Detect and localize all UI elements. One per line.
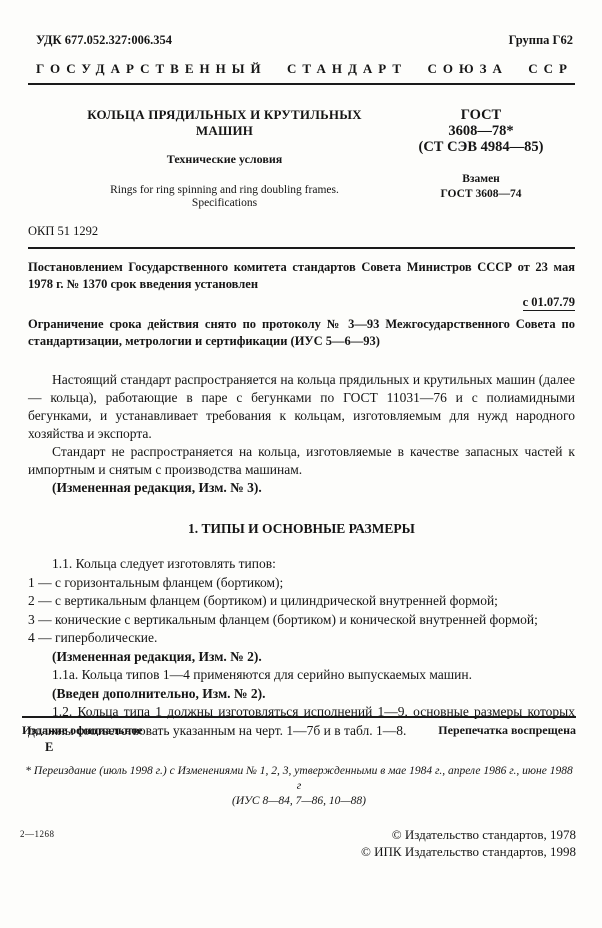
reissue-footnote: * Переиздание (июль 1998 г.) с Изменения… [22, 764, 576, 809]
title-column: КОЛЬЦА ПРЯДИЛЬНЫХ И КРУТИЛЬНЫХ МАШИН Тех… [62, 107, 387, 209]
scope-paragraph-1: Настоящий стандарт распространяется на к… [28, 371, 575, 443]
standard-title-en: Rings for ring spinning and ring doublin… [62, 184, 387, 196]
gost-designation-line3: (СТ СЭВ 4984—85) [387, 139, 575, 155]
effective-date: с 01.07.79 [523, 295, 575, 311]
copyright-line-1998: © ИПК Издательство стандартов, 1998 [22, 843, 576, 860]
page-content: УДК 677.052.327:006.354 Группа Г62 ГОСУД… [0, 0, 602, 740]
scope-section: Настоящий стандарт распространяется на к… [28, 371, 575, 497]
standard-title: КОЛЬЦА ПРЯДИЛЬНЫХ И КРУТИЛЬНЫХ МАШИН [62, 107, 387, 139]
introduced-note: (Введен дополнительно, Изм. № 2). [28, 685, 575, 704]
copyright-block: © Издательство стандартов, 1978 © ИПК Из… [22, 826, 576, 860]
scope-paragraph-2: Стандарт не распространяется на кольца, … [28, 443, 575, 479]
gost-designation-line1: ГОСТ [387, 107, 575, 123]
standard-subtitle: Технические условия [62, 152, 387, 167]
letterhead-word: СТАНДАРТ [287, 61, 407, 77]
header-rule [28, 83, 575, 85]
type-item-2: 2 — с вертикальным фланцем (бортиком) и … [28, 592, 575, 611]
replaces-number: ГОСТ 3608—74 [387, 187, 575, 202]
gost-designation: ГОСТ 3608—78* (СТ СЭВ 4984—85) [387, 107, 575, 155]
footer-rule [22, 716, 576, 718]
official-edition-label: Издание официальное [22, 723, 143, 738]
udk-number: УДК 677.052.327:006.354 [36, 33, 172, 48]
print-order-code: 2—1268 [20, 829, 55, 839]
designation-column: ГОСТ 3608—78* (СТ СЭВ 4984—85) Взамен ГО… [387, 107, 575, 209]
state-standard-letterhead: ГОСУДАРСТВЕННЫЙ СТАНДАРТ СОЮЗА ССР [36, 61, 573, 77]
limitation-paragraph: Ограничение срока действия снято по прот… [28, 316, 575, 350]
reissue-footnote-line2: (ИУС 8—84, 7—86, 10—88) [22, 794, 576, 809]
document-page: УДК 677.052.327:006.354 Группа Г62 ГОСУД… [0, 0, 602, 928]
copyright-line-1978: © Издательство стандартов, 1978 [22, 826, 576, 843]
effective-date-row: с 01.07.79 [28, 295, 575, 310]
page-footer: Издание официальное Перепечатка воспреще… [22, 716, 576, 860]
title-section: КОЛЬЦА ПРЯДИЛЬНЫХ И КРУТИЛЬНЫХ МАШИН Тех… [28, 107, 575, 209]
type-item-4: 4 — гиперболические. [28, 629, 575, 648]
letterhead-word: СОЮЗА [427, 61, 507, 77]
standard-subtitle-en: Specifications [62, 197, 387, 209]
footer-labels-row: Издание официальное Перепечатка воспреще… [22, 723, 576, 738]
edition-letter: Е [45, 740, 576, 755]
type-item-1: 1 — с горизонтальным фланцем (бортиком); [28, 574, 575, 593]
reissue-footnote-line1: * Переиздание (июль 1998 г.) с Изменения… [22, 764, 576, 794]
group-code: Группа Г62 [509, 33, 573, 48]
clause-1-1a: 1.1а. Кольца типов 1—4 применяются для с… [28, 666, 575, 685]
section-1-clauses: 1.1. Кольца следует изготовлять типов: 1… [28, 555, 575, 740]
decree-block: Постановлением Государственного комитета… [28, 259, 575, 350]
okp-code: ОКП 51 1292 [28, 224, 575, 239]
reprint-prohibited-label: Перепечатка воспрещена [438, 723, 576, 738]
letterhead-word: ГОСУДАРСТВЕННЫЙ [36, 61, 267, 77]
okp-rule [28, 247, 575, 249]
section-1-heading: 1. ТИПЫ И ОСНОВНЫЕ РАЗМЕРЫ [28, 521, 575, 537]
decree-paragraph: Постановлением Государственного комитета… [28, 259, 575, 293]
classification-row: УДК 677.052.327:006.354 Группа Г62 [36, 33, 573, 48]
type-item-3: 3 — конические с вертикальным фланцем (б… [28, 611, 575, 630]
gost-designation-line2: 3608—78* [387, 123, 575, 139]
replaces-block: Взамен ГОСТ 3608—74 [387, 172, 575, 202]
replaces-label: Взамен [387, 172, 575, 187]
amendment-note-2: (Измененная редакция, Изм. № 2). [28, 648, 575, 667]
amendment-note-3: (Измененная редакция, Изм. № 3). [28, 479, 575, 497]
clause-1-1: 1.1. Кольца следует изготовлять типов: [28, 555, 575, 574]
letterhead-word: ССР [528, 61, 573, 77]
